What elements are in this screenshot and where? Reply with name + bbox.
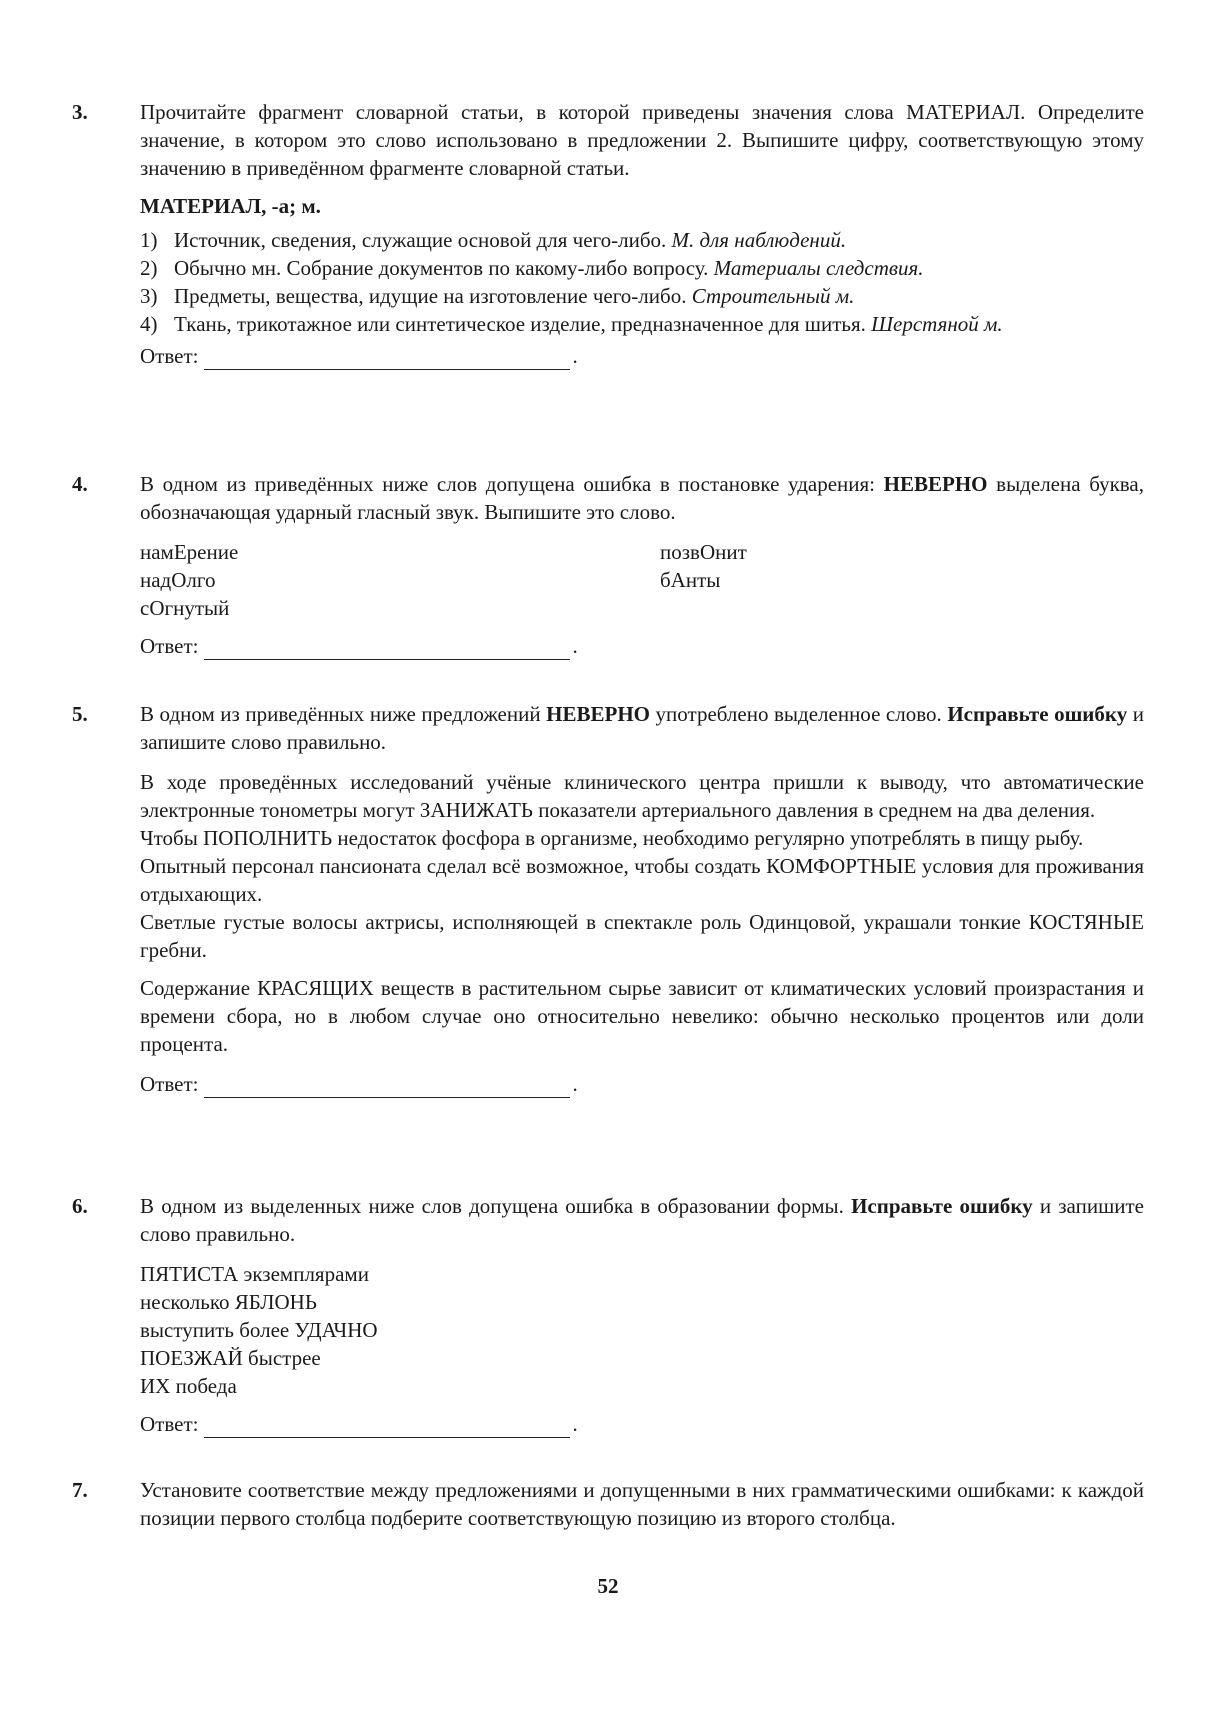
definition-text: Источник, сведения, служащие основой для… [174, 228, 666, 252]
answer-period: . [572, 632, 577, 660]
definition-text: Ткань, трикотажное или синтетическое изд… [174, 312, 866, 336]
sentence: Чтобы ПОПОЛНИТЬ недостаток фосфора в орг… [140, 824, 1144, 852]
answer-input-task-5[interactable] [204, 1075, 570, 1098]
answer-row: Ответ: . [140, 632, 1144, 660]
dictionary-headword: МАТЕРИАЛ, -а; м. [140, 192, 1144, 220]
page-number: 52 [0, 1572, 1216, 1600]
answer-label: Ответ: [140, 632, 198, 660]
definition-item: 3) Предметы, вещества, идущие на изготов… [140, 282, 1144, 310]
definition-example: М. для наблюдений. [672, 228, 847, 252]
definition-item: 1) Источник, сведения, служащие основой … [140, 226, 1144, 254]
definition-example: Строительный м. [692, 284, 855, 308]
definition-number: 1) [140, 226, 174, 254]
answer-label: Ответ: [140, 342, 198, 370]
phrase: ПЯТИСТА экземплярами [140, 1260, 1144, 1288]
task-prompt: В одном из приведённых ниже предложений … [140, 700, 1144, 756]
answer-row: Ответ: . [140, 342, 1144, 370]
task-7: 7. Установите соответствие между предлож… [72, 1476, 1144, 1532]
task-prompt: Установите соответствие между предложени… [140, 1476, 1144, 1532]
task-4: 4. В одном из приведённых ниже слов допу… [72, 470, 1144, 660]
definition-number: 3) [140, 282, 174, 310]
answer-period: . [572, 1410, 577, 1438]
task-prompt: В одном из приведённых ниже слов допущен… [140, 470, 1144, 526]
task-number: 6. [72, 1192, 112, 1220]
answer-input-task-4[interactable] [204, 637, 570, 660]
sentence: Опытный персонал пансионата сделал всё в… [140, 852, 1144, 908]
phrase-list: ПЯТИСТА экземплярами несколько ЯБЛОНЬ вы… [140, 1260, 1144, 1400]
stress-word: позвОнит [660, 538, 960, 566]
stress-word: намЕрение [140, 538, 660, 566]
word-column-right: позвОнит бАнты [660, 538, 960, 622]
sentence: Светлые густые волосы актрисы, исполняющ… [140, 908, 1144, 964]
task-5: 5. В одном из приведённых ниже предложен… [72, 700, 1144, 1098]
answer-row: Ответ: . [140, 1410, 1144, 1438]
stress-word: надОлго [140, 566, 660, 594]
task-number: 5. [72, 700, 112, 728]
prompt-text: В одном из выделенных ниже слов допущена… [140, 1194, 851, 1218]
answer-input-task-6[interactable] [204, 1415, 570, 1438]
definition-text: Предметы, вещества, идущие на изготовлен… [174, 284, 686, 308]
definition-item: 2) Обычно мн. Собрание документов по как… [140, 254, 1144, 282]
sentence-list: В ходе проведённых исследований учёные к… [140, 768, 1144, 1058]
task-prompt: В одном из выделенных ниже слов допущена… [140, 1192, 1144, 1248]
answer-input-task-3[interactable] [204, 347, 570, 370]
definition-example: Шерстяной м. [871, 312, 1003, 336]
answer-period: . [572, 342, 577, 370]
definition-item: 4) Ткань, трикотажное или синтетическое … [140, 310, 1144, 338]
phrase: несколько ЯБЛОНЬ [140, 1288, 1144, 1316]
task-3: 3. Прочитайте фрагмент словарной статьи,… [72, 98, 1144, 370]
definition-list: 1) Источник, сведения, служащие основой … [140, 226, 1144, 338]
answer-row: Ответ: . [140, 1070, 1144, 1098]
definition-number: 2) [140, 254, 174, 282]
task-6: 6. В одном из выделенных ниже слов допущ… [72, 1192, 1144, 1438]
stress-word: сОгнутый [140, 594, 660, 622]
prompt-text: В одном из приведённых ниже предложений [140, 702, 546, 726]
task-number: 7. [72, 1476, 112, 1504]
stress-word-grid: намЕрение надОлго сОгнутый позвОнит бАнт… [140, 538, 1144, 622]
phrase: ИХ победа [140, 1372, 1144, 1400]
definition-example: Материалы следствия. [714, 256, 924, 280]
prompt-emphasis: НЕВЕРНО [884, 472, 988, 496]
sentence: В ходе проведённых исследований учёные к… [140, 768, 1144, 824]
prompt-emphasis: Исправьте ошибку [851, 1194, 1033, 1218]
task-number: 3. [72, 98, 112, 126]
answer-label: Ответ: [140, 1410, 198, 1438]
answer-label: Ответ: [140, 1070, 198, 1098]
prompt-text: употреблено выделенное слово. [650, 702, 947, 726]
prompt-emphasis: Исправьте ошибку [947, 702, 1127, 726]
task-prompt: Прочитайте фрагмент словарной статьи, в … [140, 98, 1144, 182]
answer-period: . [572, 1070, 577, 1098]
task-number: 4. [72, 470, 112, 498]
phrase: выступить более УДАЧНО [140, 1316, 1144, 1344]
sentence: Содержание КРАСЯЩИХ веществ в растительн… [140, 974, 1144, 1058]
phrase: ПОЕЗЖАЙ быстрее [140, 1344, 1144, 1372]
definition-number: 4) [140, 310, 174, 338]
word-column-left: намЕрение надОлго сОгнутый [140, 538, 660, 622]
definition-text: Обычно мн. Собрание документов по какому… [174, 256, 708, 280]
stress-word: бАнты [660, 566, 960, 594]
document-page: 3. Прочитайте фрагмент словарной статьи,… [0, 0, 1216, 1712]
prompt-text: В одном из приведённых ниже слов допущен… [140, 472, 884, 496]
prompt-emphasis: НЕВЕРНО [546, 702, 650, 726]
